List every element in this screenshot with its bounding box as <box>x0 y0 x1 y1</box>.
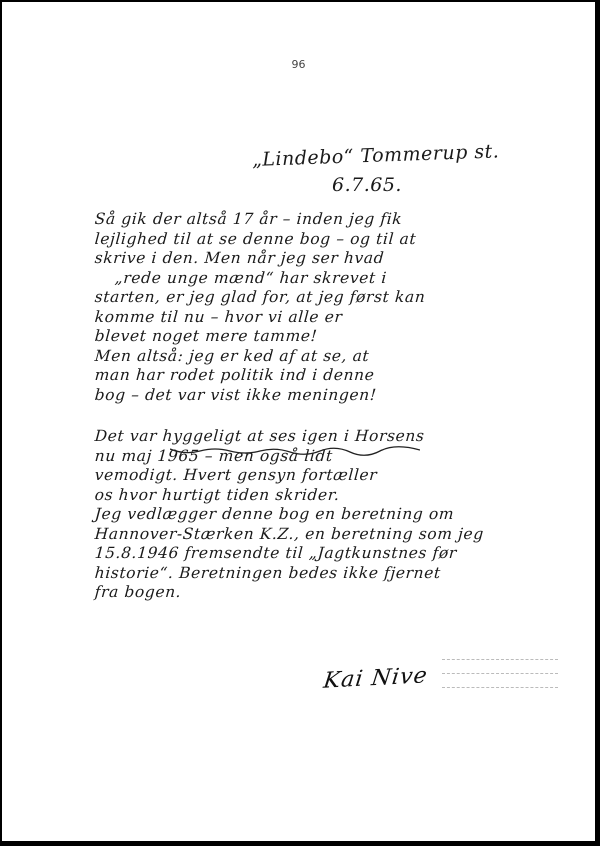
letter-body: Så gik der altså 17 år – inden jeg fik l… <box>94 210 574 603</box>
signature: Kai Nive <box>322 663 429 693</box>
guide-line <box>442 659 558 660</box>
text-line: lejlighed til at se denne bog – og til a… <box>94 230 575 250</box>
text-line: Så gik der altså 17 år – inden jeg fik <box>94 210 575 230</box>
text-line: historie“. Beretningen bedes ikke fjerne… <box>94 564 575 584</box>
text-line: blevet noget mere tamme! <box>94 327 575 347</box>
text-line: skrive i den. Men når jeg ser hvad <box>94 249 575 269</box>
text-line: fra bogen. <box>94 583 575 603</box>
text-line: Hannover-Stærken K.Z., en beretning som … <box>94 525 575 545</box>
wavy-underline <box>170 446 420 456</box>
letter-date: 6.7.65. <box>332 174 402 196</box>
document-page: 96 „Lindebo“ Tommerup st. 6.7.65. Så gik… <box>0 0 600 846</box>
text-line: starten, er jeg glad for, at jeg først k… <box>94 288 575 308</box>
paragraph-1: Så gik der altså 17 år – inden jeg fik l… <box>94 210 574 405</box>
text-line: bog – det var vist ikke meningen! <box>94 386 575 406</box>
page-number: 96 <box>2 58 595 71</box>
text-line: os hvor hurtigt tiden skrider. <box>94 486 575 506</box>
text-line: Jeg vedlægger denne bog en beretning om <box>94 505 575 525</box>
text-line: 15.8.1946 fremsendte til „Jagtkunstnes f… <box>94 544 575 564</box>
text-line: Det var hyggeligt at ses igen i Horsens <box>94 427 575 447</box>
text-line: man har rodet politik ind i denne <box>94 366 575 386</box>
guide-line <box>442 687 558 688</box>
letter-place-heading: „Lindebo“ Tommerup st. <box>252 140 500 171</box>
signature-guide-lines <box>442 659 558 689</box>
guide-line <box>442 673 558 674</box>
text-line: „rede unge mænd“ har skrevet i <box>94 269 575 289</box>
text-line: Men altså: jeg er ked af at se, at <box>94 347 575 367</box>
text-line: komme til nu – hvor vi alle er <box>94 308 575 328</box>
text-line: vemodigt. Hvert gensyn fortæller <box>94 466 575 486</box>
